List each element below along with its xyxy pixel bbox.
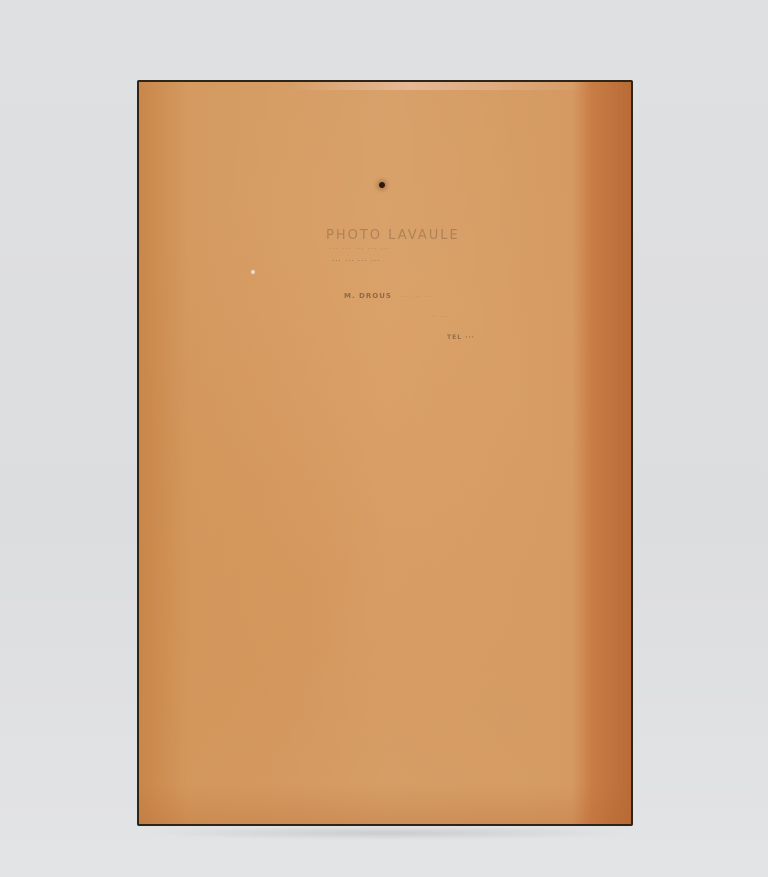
- stamp-phone: TEL ···: [447, 334, 475, 341]
- stamp-address-2: ··· ···: [429, 314, 449, 321]
- stamp-proprietor: M. DROUS: [344, 292, 392, 300]
- stamp-studio-name: PHOTO LAVAULE: [326, 228, 460, 243]
- stamp-line-1: ··· ··· ··· ··· ···: [329, 245, 390, 253]
- worn-top-edge: [289, 82, 589, 90]
- stamp-line-2: ··· ··· ··· ···: [332, 257, 380, 265]
- stamp-address-1: ··· ··· ···: [401, 294, 433, 301]
- card-shadow: [136, 826, 636, 840]
- paper-speck: [251, 270, 255, 274]
- photo-card-back: PHOTO LAVAULE ··· ··· ··· ··· ··· ··· ··…: [137, 80, 633, 826]
- pin-hole: [379, 182, 385, 188]
- photo-scene: PHOTO LAVAULE ··· ··· ··· ··· ··· ··· ··…: [0, 0, 768, 877]
